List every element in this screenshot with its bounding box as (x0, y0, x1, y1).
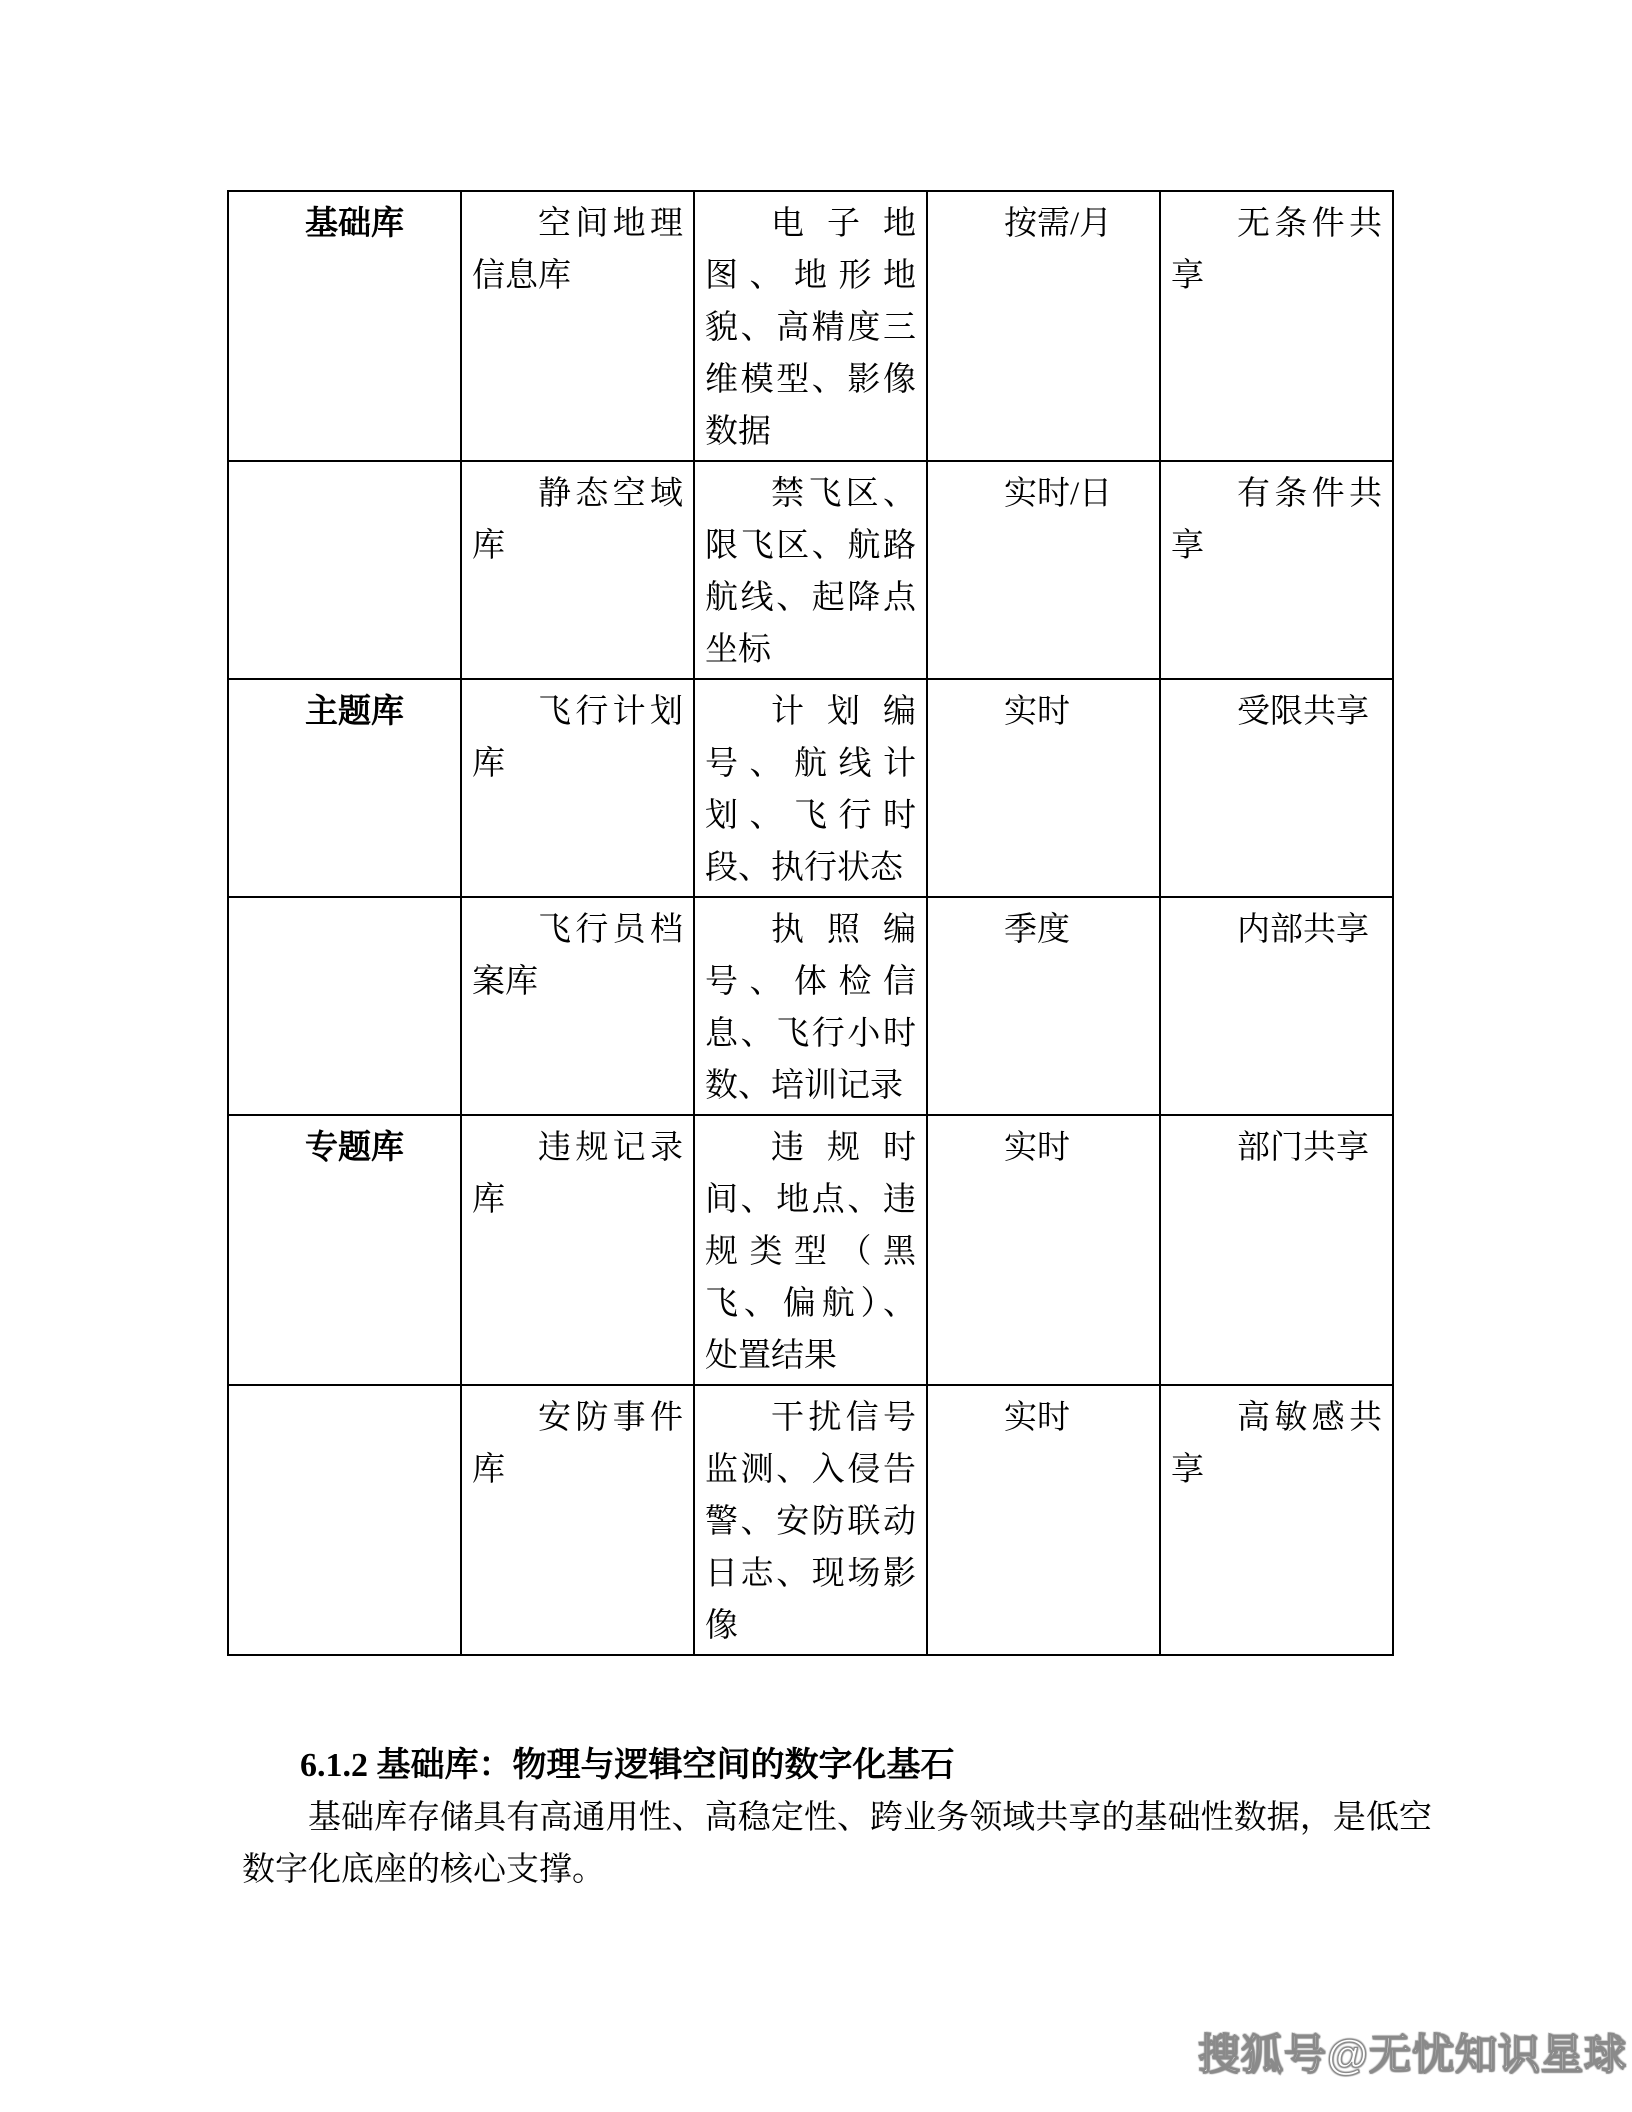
cell-contents: 电子地图、地形地貌、高精度三维模型、影像数据 (694, 191, 927, 461)
cell-db-name: 飞行计划库 (461, 679, 694, 897)
table-row: 专题库 违规记录库 违规时间、地点、违规类型（黑飞、偏航）、处置结果 实时 部门… (228, 1115, 1393, 1385)
cell-sharing: 内部共享 (1160, 897, 1393, 1115)
cell-frequency: 季度 (927, 897, 1160, 1115)
table-row: 基础库 空间地理信息库 电子地图、地形地貌、高精度三维模型、影像数据 按需/月 … (228, 191, 1393, 461)
table-row: 静态空域库 禁飞区、限飞区、航路航线、起降点坐标 实时/日 有条件共享 (228, 461, 1393, 679)
document-page: 基础库 空间地理信息库 电子地图、地形地貌、高精度三维模型、影像数据 按需/月 … (0, 0, 1632, 2112)
cell-sharing: 受限共享 (1160, 679, 1393, 897)
cell-frequency: 按需/月 (927, 191, 1160, 461)
cell-category (228, 897, 461, 1115)
cell-frequency: 实时 (927, 1385, 1160, 1655)
cell-category (228, 1385, 461, 1655)
cell-category: 专题库 (228, 1115, 461, 1385)
cell-category: 基础库 (228, 191, 461, 461)
cell-db-name: 违规记录库 (461, 1115, 694, 1385)
cell-db-name: 飞行员档案库 (461, 897, 694, 1115)
cell-contents: 禁飞区、限飞区、航路航线、起降点坐标 (694, 461, 927, 679)
cell-db-name: 安防事件库 (461, 1385, 694, 1655)
table-row: 安防事件库 干扰信号监测、入侵告警、安防联动日志、现场影像 实时 高敏感共享 (228, 1385, 1393, 1655)
watermark-text: 搜狐号@无忧知识星球 (1198, 2022, 1627, 2082)
cell-sharing: 有条件共享 (1160, 461, 1393, 679)
database-table: 基础库 空间地理信息库 电子地图、地形地貌、高精度三维模型、影像数据 按需/月 … (227, 190, 1394, 1656)
cell-contents: 违规时间、地点、违规类型（黑飞、偏航）、处置结果 (694, 1115, 927, 1385)
cell-category (228, 461, 461, 679)
cell-db-name: 空间地理信息库 (461, 191, 694, 461)
cell-contents: 计划编号、航线计划、飞行时段、执行状态 (694, 679, 927, 897)
section-heading-title: 物理与逻辑空间的数字化基石 (513, 1746, 955, 1784)
cell-frequency: 实时 (927, 679, 1160, 897)
body-paragraph: 基础库存储具有高通用性、高稳定性、跨业务领域共享的基础性数据，是低空数字化底座的… (242, 1792, 1432, 1896)
cell-db-name: 静态空域库 (461, 461, 694, 679)
section-heading-number: 6.1.2 基础库： (300, 1747, 513, 1784)
section-heading: 6.1.2 基础库：物理与逻辑空间的数字化基石 (300, 1742, 955, 1789)
cell-contents: 执照编号、体检信息、飞行小时数、培训记录 (694, 897, 927, 1115)
cell-sharing: 无条件共享 (1160, 191, 1393, 461)
table-row: 主题库 飞行计划库 计划编号、航线计划、飞行时段、执行状态 实时 受限共享 (228, 679, 1393, 897)
cell-frequency: 实时 (927, 1115, 1160, 1385)
cell-category: 主题库 (228, 679, 461, 897)
cell-sharing: 高敏感共享 (1160, 1385, 1393, 1655)
cell-sharing: 部门共享 (1160, 1115, 1393, 1385)
cell-frequency: 实时/日 (927, 461, 1160, 679)
cell-contents: 干扰信号监测、入侵告警、安防联动日志、现场影像 (694, 1385, 927, 1655)
table-row: 飞行员档案库 执照编号、体检信息、飞行小时数、培训记录 季度 内部共享 (228, 897, 1393, 1115)
